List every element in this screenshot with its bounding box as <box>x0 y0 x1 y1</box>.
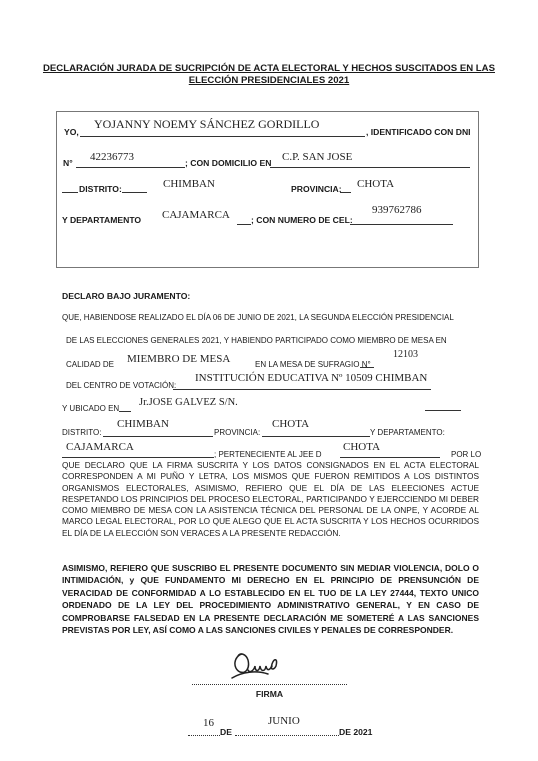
signature-line <box>192 684 347 685</box>
numero-label: N° <box>63 158 73 168</box>
centro-value[interactable]: INSTITUCIÓN EDUCATIVA Nº 10509 CHIMBAN <box>195 372 427 384</box>
por-lo-label: POR LO <box>451 450 481 459</box>
mesa-departamento-line <box>62 457 214 458</box>
body-paragraph-text: QUE DECLARO QUE LA FIRMA SUSCRITA Y LOS … <box>62 460 479 539</box>
celular-label: ; CON NUMERO DE CEL: <box>251 215 353 225</box>
month-line <box>235 735 339 736</box>
celular-value[interactable]: 939762786 <box>372 204 422 216</box>
ubicado-value[interactable]: Jr.JOSE GALVEZ S/N. <box>139 397 238 408</box>
de-label: DE <box>220 727 232 737</box>
jee-label: ; PERTENECIENTE AL JEE D <box>214 450 322 459</box>
asimismo-paragraph-text: ASIMISMO, REFIERO QUE SUSCRIBO EL PRESEN… <box>62 562 479 636</box>
asimismo-paragraph: ASIMISMO, REFIERO QUE SUSCRIBO EL PRESEN… <box>62 562 479 636</box>
yo-label: YO, <box>64 127 79 137</box>
signature-icon <box>228 648 290 682</box>
mesa-distrito-line <box>103 436 213 437</box>
year-label: DE 2021 <box>339 727 372 737</box>
mesa-provincia-value[interactable]: CHOTA <box>272 418 309 430</box>
declaro-heading: DECLARO BAJO JURAMENTO: <box>62 291 190 301</box>
centro-label: DEL CENTRO DE VOTACIÓN: <box>66 381 176 390</box>
body-paragraph: QUE DECLARO QUE LA FIRMA SUSCRITA Y LOS … <box>62 460 479 539</box>
name-line <box>80 136 365 137</box>
mesa-departamento-value[interactable]: CAJAMARCA <box>66 441 134 453</box>
ubicado-line <box>119 411 131 412</box>
mesa-label: EN LA MESA DE SUFRAGIO N° <box>255 360 371 369</box>
document-title-line1: DECLARACIÓN JURADA DE SUCRIPCIÓN DE ACTA… <box>0 63 538 75</box>
mesa-departamento-label: Y DEPARTAMENTO: <box>370 428 445 437</box>
calidad-label: CALIDAD DE <box>66 360 114 369</box>
document-title-line2: ELECCIÓN PRESIDENCIALES 2021 <box>0 75 538 87</box>
identificado-label: , IDENTIFICADO CON DNI <box>366 127 471 137</box>
mesa-distrito-value[interactable]: CHIMBAN <box>117 418 169 430</box>
mesa-numero-value[interactable]: 12103 <box>393 349 418 360</box>
domicilio-label: ; CON DOMICILIO EN <box>185 158 271 168</box>
domicilio-value[interactable]: C.P. SAN JOSE <box>282 151 352 163</box>
intro-line-2: DE LAS ELECCIONES GENERALES 2021, Y HABI… <box>66 336 447 345</box>
departamento-line <box>237 224 251 225</box>
mesa-line <box>360 367 374 368</box>
name-value[interactable]: YOJANNY NOEMY SÁNCHEZ GORDILLO <box>94 117 319 132</box>
departamento-label: Y DEPARTAMENTO <box>62 215 141 225</box>
jee-line <box>340 457 440 458</box>
domicilio-line <box>270 167 470 168</box>
departamento-value[interactable]: CAJAMARCA <box>162 209 230 221</box>
ubicado-end-line <box>425 410 461 411</box>
celular-line <box>350 224 453 225</box>
calidad-value[interactable]: MIEMBRO DE MESA <box>127 353 230 365</box>
mesa-provincia-line <box>262 436 370 437</box>
provincia-line <box>340 192 351 193</box>
ubicado-label: Y UBICADO EN <box>62 404 119 413</box>
day-line <box>188 735 220 736</box>
mesa-provincia-label: PROVINCIA: <box>214 428 260 437</box>
mesa-distrito-label: DISTRITO: <box>62 428 101 437</box>
dni-line <box>76 167 185 168</box>
firma-label: FIRMA <box>192 689 347 699</box>
month-value[interactable]: JUNIO <box>268 715 300 727</box>
distrito-label: DISTRITO: <box>79 184 122 194</box>
provincia-value[interactable]: CHOTA <box>357 178 394 190</box>
dni-value[interactable]: 42236773 <box>90 151 134 163</box>
intro-line-1: QUE, HABIENDOSE REALIZADO EL DÍA 06 DE J… <box>62 313 454 322</box>
distrito-line <box>122 192 147 193</box>
distrito-value[interactable]: CHIMBAN <box>163 178 215 190</box>
jee-value[interactable]: CHOTA <box>343 441 380 453</box>
centro-line <box>173 389 431 390</box>
provincia-label: PROVINCIA: <box>291 184 342 194</box>
day-value[interactable]: 16 <box>203 717 214 729</box>
distrito-lead-line <box>62 192 78 193</box>
